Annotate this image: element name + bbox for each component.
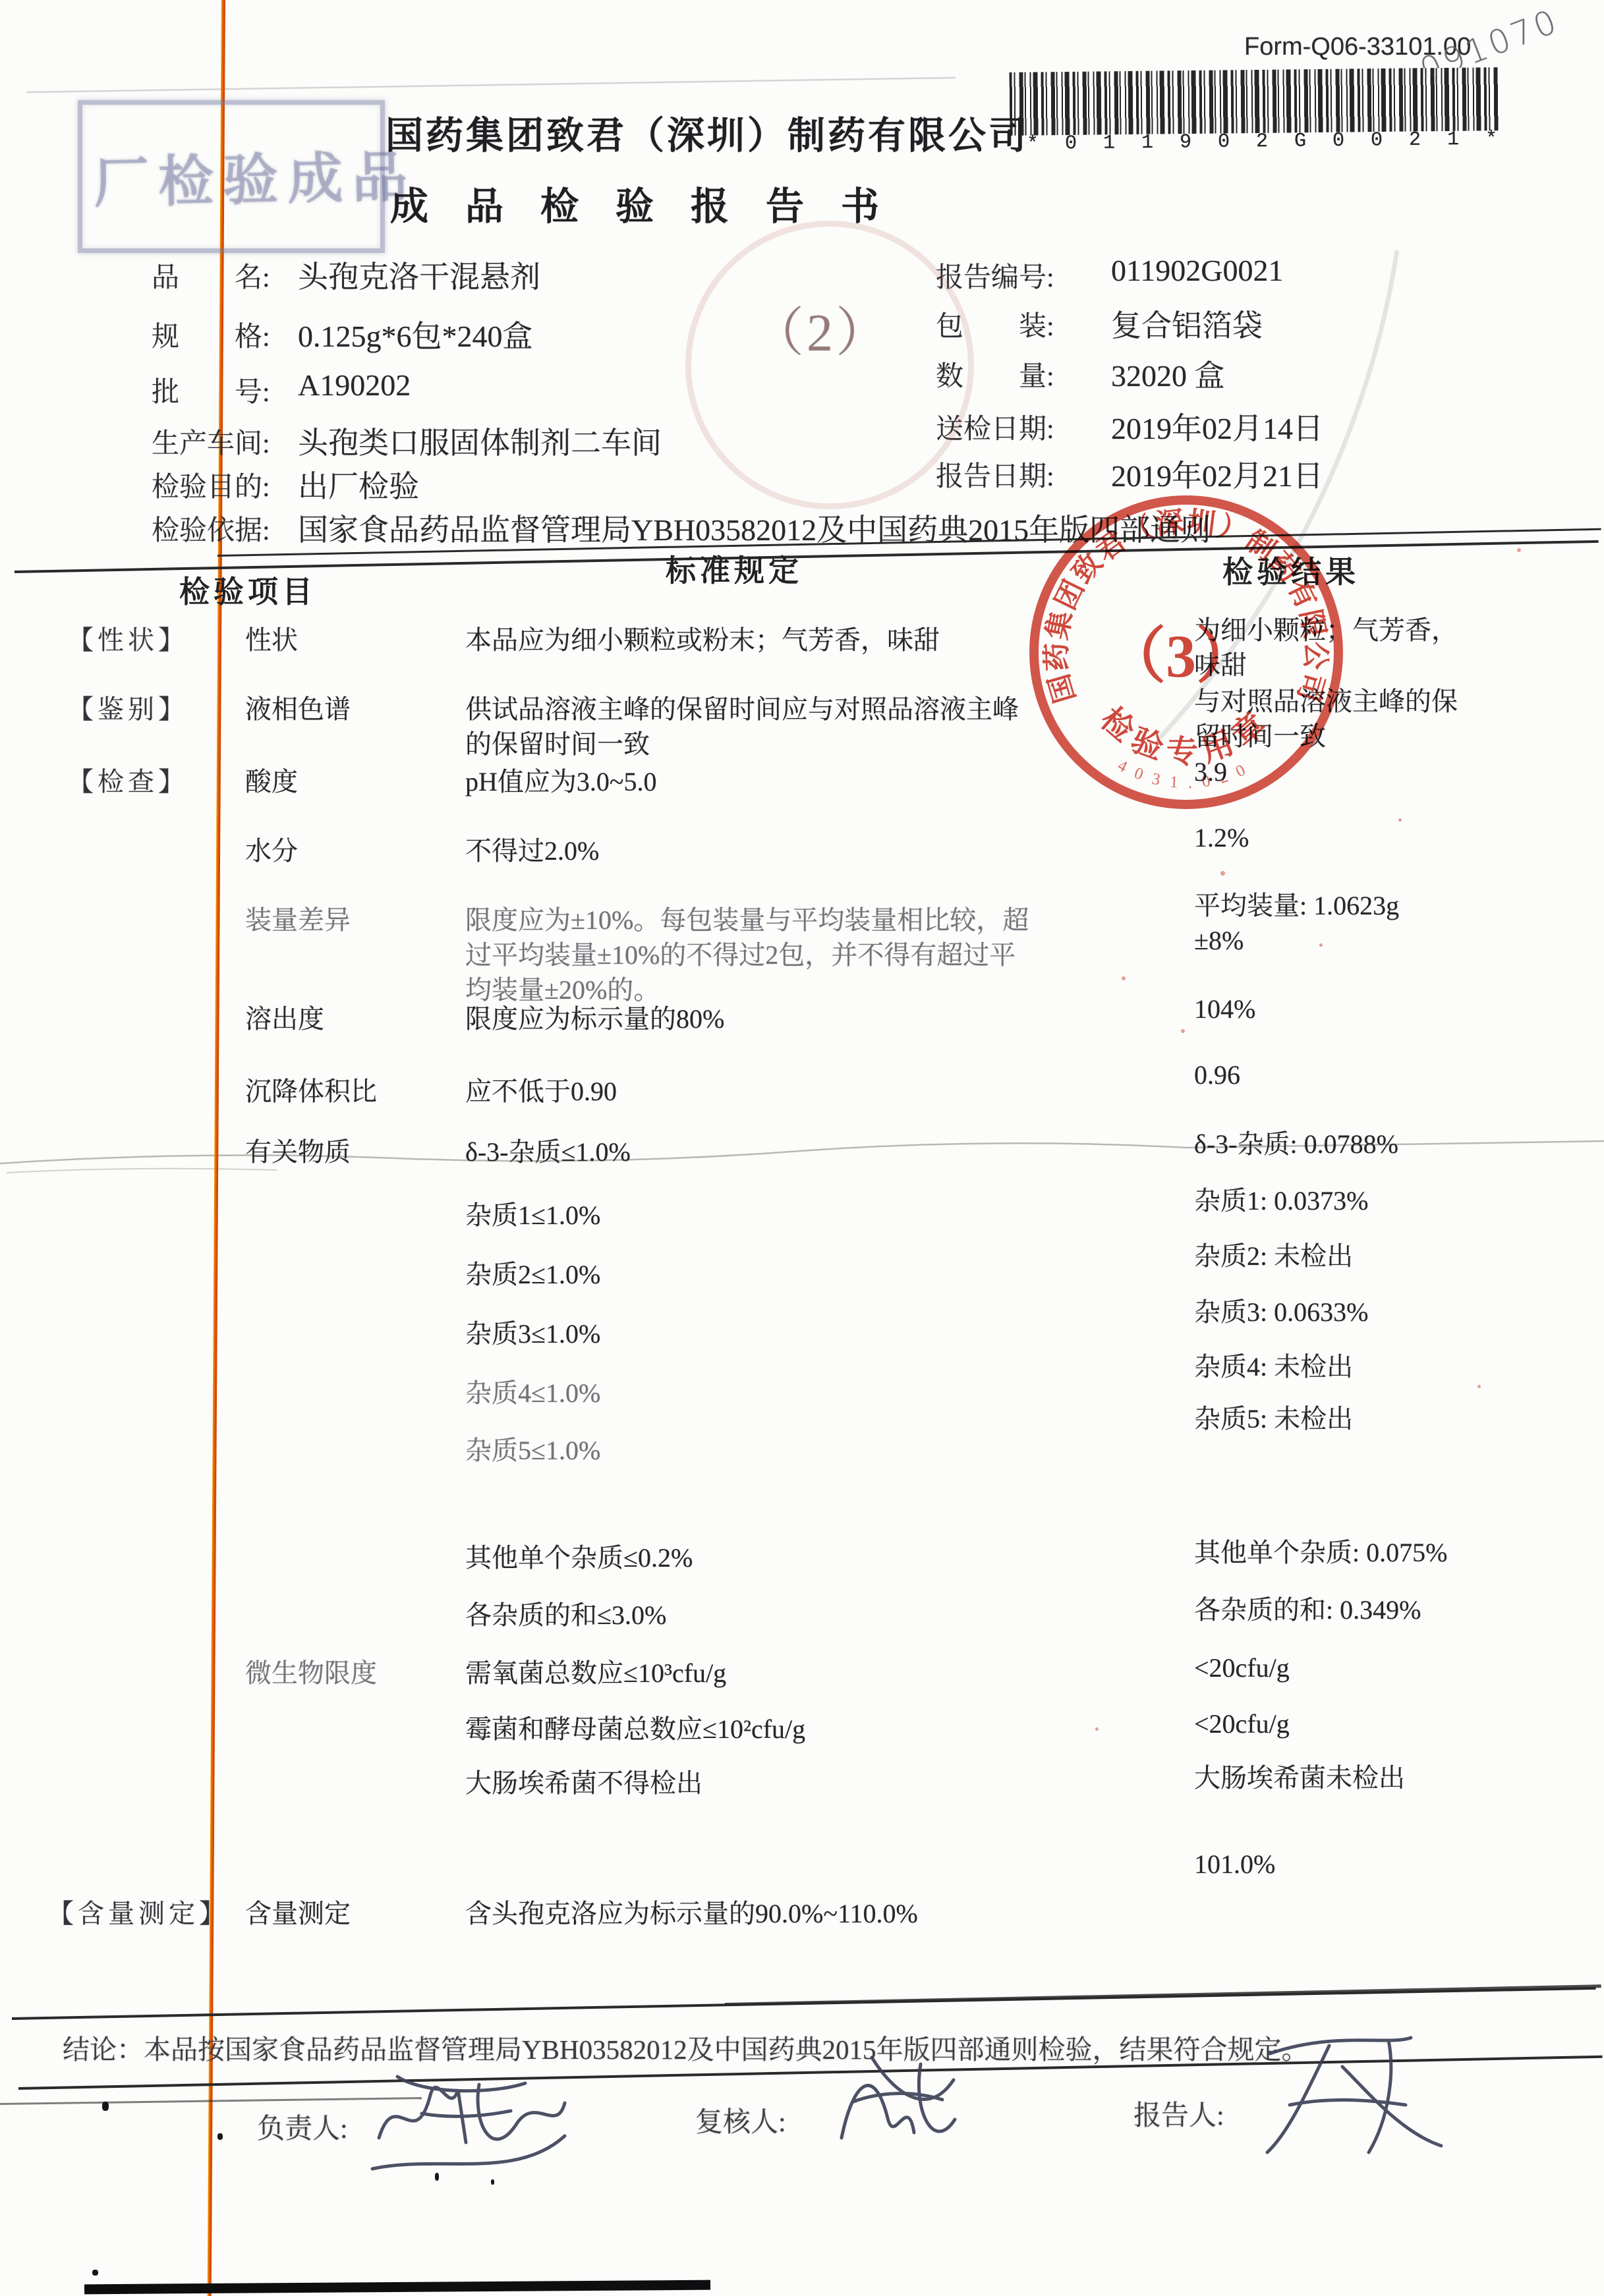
conclusion-text: 结论：本品按国家食品药品监督管理局YBH03582012及中国药典2015年版四… [63, 2028, 1309, 2067]
barcode-text: *011902G0021* [1027, 128, 1524, 155]
info-label: 规 格: [152, 315, 270, 354]
row-item: 酸度 [245, 764, 298, 799]
ink-speck [92, 2270, 98, 2276]
row-result: 104% [1194, 992, 1603, 1026]
row-standard: 其他单个杂质≤0.2% [465, 1540, 1184, 1575]
row-result: <20cfu/g [1194, 1650, 1603, 1685]
column-header-standard: 标准规定 [666, 547, 803, 590]
info-value: 头孢类口服固体制剂二车间 [298, 419, 662, 462]
row-standard: 杂质3≤1.0% [465, 1316, 1184, 1351]
info-value: 32020 盒 [1111, 352, 1225, 395]
info-label: 报告编号: [936, 256, 1054, 295]
row-result: 杂质1: 0.0373% [1194, 1183, 1603, 1218]
company-title: 国药集团致君（深圳）制药有限公司 [386, 105, 1029, 159]
row-result: 平均装量: 1.0623g ±8% [1194, 888, 1603, 958]
info-value: 头孢克洛干混悬剂 [298, 253, 540, 296]
row-result: 其他单个杂质: 0.075% [1194, 1535, 1603, 1570]
row-item: 溶出度 [245, 1001, 324, 1036]
signature-label-reviewer: 复核人: [695, 2100, 786, 2140]
row-item: 性状 [245, 623, 298, 658]
info-label: 批 号: [152, 370, 270, 410]
info-value: 复合铝箔袋 [1111, 302, 1263, 345]
row-standard: 不得过2.0% [465, 833, 1184, 868]
row-standard: δ-3-杂质≤1.0% [465, 1134, 1184, 1169]
row-standard: 杂质1≤1.0% [465, 1198, 1184, 1233]
red-speck [1122, 976, 1126, 980]
red-speck [1095, 1727, 1099, 1731]
info-value: A190202 [298, 368, 411, 403]
row-standard: 限度应为±10%。每包装量与平均装量相比较，超 过平均装量±10%的不得过2包，… [465, 903, 1184, 1007]
row-item: 有关物质 [245, 1134, 351, 1169]
row-item: 水分 [245, 833, 298, 868]
row-result: δ-3-杂质: 0.0788% [1194, 1127, 1603, 1162]
stamp-center-number: （3） [1105, 623, 1257, 690]
row-standard: 应不低于0.90 [465, 1074, 1184, 1109]
row-result: 1.2% [1194, 820, 1603, 855]
inspection-report-page: Form-Q06-33101.00 091070 *011902G0021* 厂… [0, 0, 1604, 2296]
row-standard: 霉菌和酵母菌总数应≤10²cfu/g [465, 1712, 1184, 1747]
row-category: 【含量测定】 [47, 1896, 229, 1931]
row-item: 微生物限度 [245, 1656, 377, 1691]
row-standard: 含头孢克洛应为标示量的90.0%~110.0% [465, 1896, 1184, 1931]
inspection-stamp: 国药集团致君（深圳）制药有限公司 （3） 检验专用章 4031.020 [1016, 482, 1359, 825]
row-result: 0.96 [1194, 1057, 1603, 1092]
row-standard: 杂质4≤1.0% [465, 1376, 1184, 1411]
row-standard: 杂质5≤1.0% [465, 1433, 1184, 1468]
row-standard: 需氧菌总数应≤10³cfu/g [465, 1656, 1184, 1691]
row-item: 液相色谱 [245, 692, 351, 727]
row-result: 各杂质的和: 0.349% [1194, 1592, 1603, 1627]
signature-label-reporter: 报告人: [1133, 2094, 1224, 2133]
red-speck [1477, 1385, 1481, 1388]
signature-reviewer [814, 2039, 979, 2174]
barcode [1010, 67, 1499, 136]
row-standard: 大肠埃希菌不得检出 [465, 1766, 1184, 1801]
red-speck [1398, 818, 1402, 822]
info-label: 检验目的: [152, 465, 270, 505]
info-value: 011902G0021 [1111, 253, 1284, 288]
row-standard: 各杂质的和≤3.0% [465, 1598, 1184, 1633]
row-item: 装量差异 [245, 903, 351, 938]
ghost-stamp-number: （2） [751, 290, 891, 366]
red-speck [1181, 1029, 1185, 1033]
row-category: 【性状】 [67, 623, 188, 658]
ink-speck [102, 2102, 109, 2111]
row-standard: 杂质2≤1.0% [465, 1257, 1184, 1292]
column-header-item: 检验项目 [179, 568, 316, 611]
signature-responsible [359, 2056, 577, 2194]
ink-speck [217, 2133, 223, 2140]
row-result: 杂质4: 未检出 [1194, 1349, 1603, 1384]
row-category: 【鉴别】 [67, 692, 188, 727]
row-category: 【检查】 [67, 764, 188, 799]
row-result: 杂质3: 0.0633% [1194, 1295, 1603, 1330]
info-value: 出厂检验 [298, 462, 419, 506]
signature-label-responsible: 负责人: [257, 2107, 348, 2146]
row-standard: 限度应为标示量的80% [465, 1001, 1184, 1036]
red-speck [1517, 548, 1521, 552]
info-value: 2019年02月14日 [1111, 405, 1323, 448]
row-result: <20cfu/g [1194, 1706, 1603, 1741]
row-result: 大肠埃希菌未检出 [1194, 1760, 1603, 1795]
info-label: 品 名: [152, 256, 270, 295]
signature-reporter [1229, 2026, 1453, 2168]
red-speck [1220, 871, 1225, 876]
row-result: 杂质5: 未检出 [1194, 1401, 1603, 1436]
ink-speck [435, 2173, 439, 2181]
row-result: 101.0% [1194, 1847, 1603, 1882]
row-item: 沉降体积比 [245, 1074, 377, 1109]
info-label: 生产车间: [152, 422, 270, 461]
corner-stamp-text: 厂检验成品 [93, 132, 417, 219]
row-item: 含量测定 [245, 1896, 351, 1931]
conclusion-top-rule-2 [725, 1984, 1601, 2006]
info-value: 0.125g*6包*240盒 [298, 312, 533, 356]
info-label: 检验依据: [152, 509, 270, 548]
bottom-scan-bar [84, 2280, 710, 2295]
ink-speck [491, 2179, 494, 2185]
row-result: 杂质2: 未检出 [1194, 1239, 1603, 1274]
red-speck [1319, 943, 1323, 947]
